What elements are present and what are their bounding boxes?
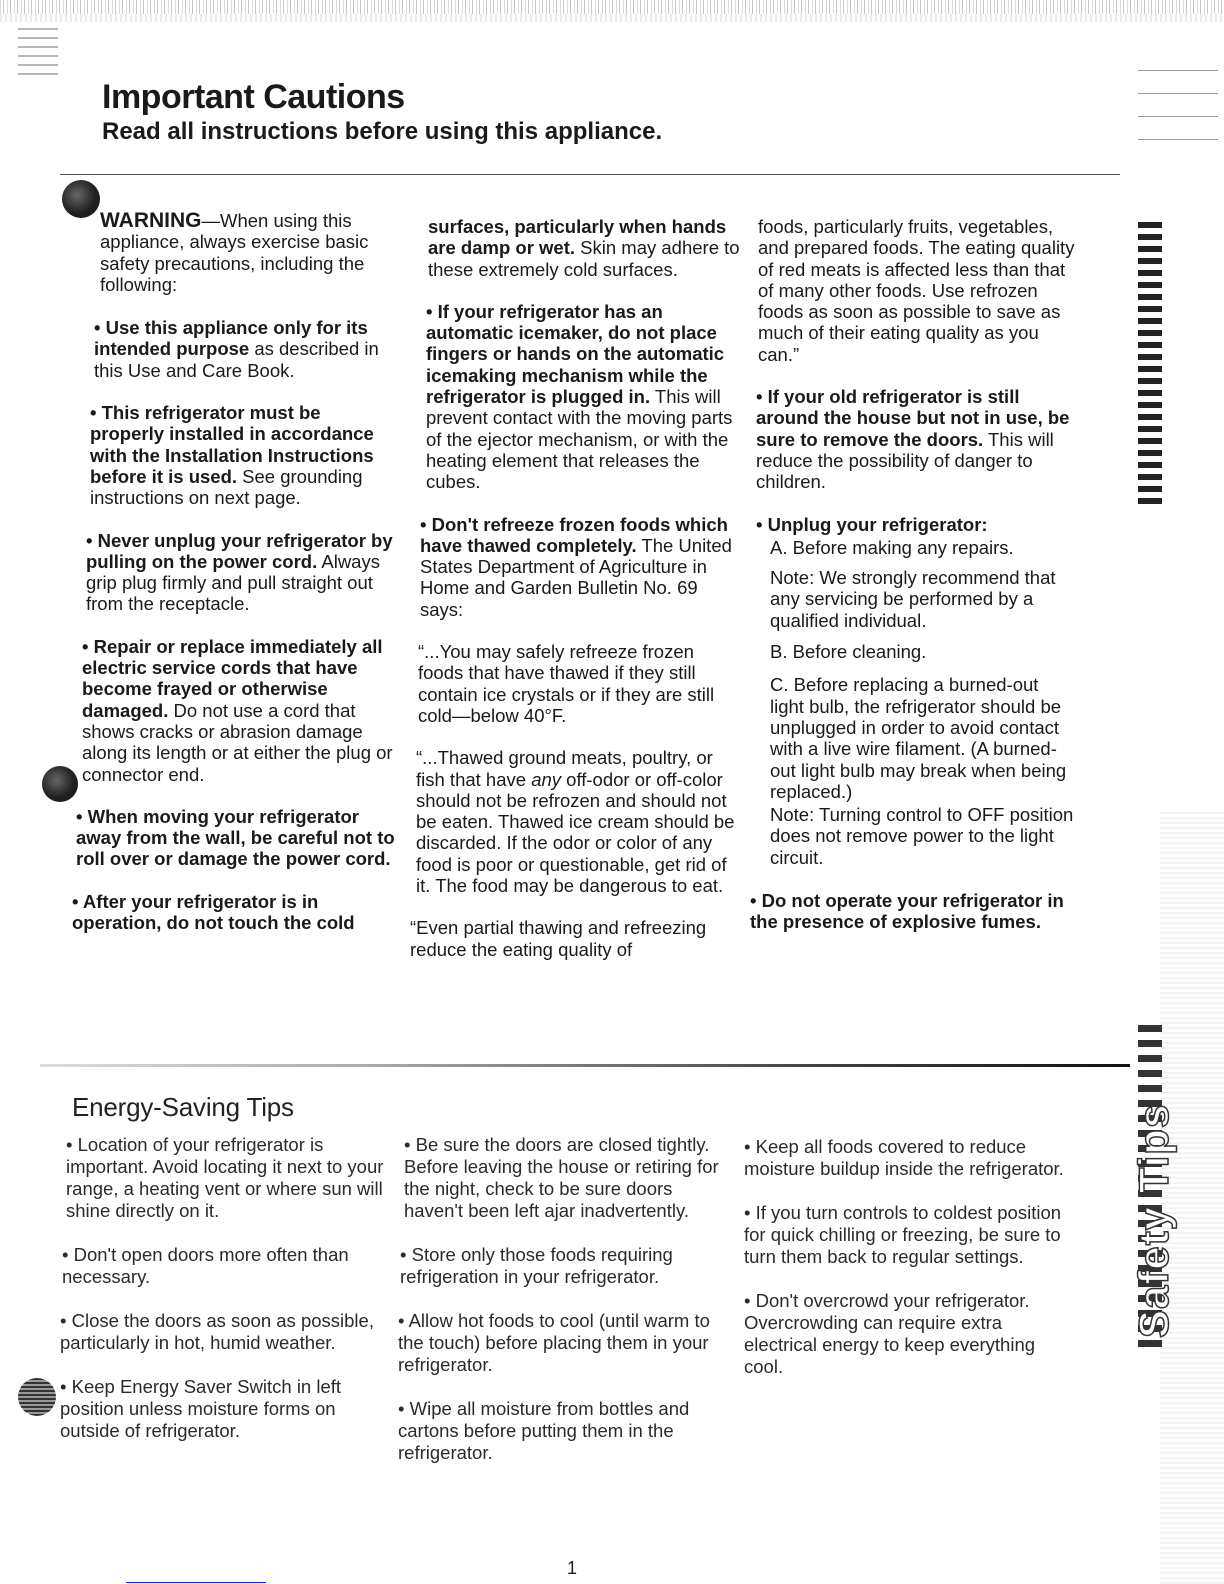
quote-paragraph: “...You may safely refreeze frozen foods…	[418, 641, 740, 726]
warning-paragraph: WARNING—When using this appliance, alway…	[100, 210, 397, 295]
cautions-column-2: surfaces, particularly when hands are da…	[410, 216, 740, 981]
warning-label: WARNING	[100, 209, 202, 232]
caution-item: • If your old refrigerator is still arou…	[756, 386, 1076, 492]
energy-column-3: • Keep all foods covered to reduce moist…	[744, 1136, 1074, 1400]
caution-item: • Repair or replace immediately all elec…	[82, 636, 397, 785]
index-bars	[1138, 222, 1162, 510]
energy-tip: • Store only those foods requiring refri…	[400, 1244, 728, 1288]
energy-section-title: Energy-Saving Tips	[72, 1092, 294, 1123]
caution-item: • If your refrigerator has an automatic …	[426, 301, 740, 493]
page-title: Important Cautions	[102, 78, 405, 117]
unplug-c: C. Before replacing a burned-out light b…	[770, 674, 1076, 802]
energy-tip: • Be sure the doors are closed tightly. …	[404, 1134, 728, 1222]
divider-top	[60, 174, 1120, 175]
energy-tip: • Close the doors as soon as possible, p…	[60, 1310, 390, 1354]
quote-continued: foods, particularly fruits, vegetables, …	[758, 216, 1076, 365]
side-tab-label: Safety Tips	[1130, 1104, 1178, 1338]
scan-noise-top	[0, 0, 1224, 14]
energy-column-2: • Be sure the doors are closed tightly. …	[398, 1134, 728, 1486]
scan-noise-top-2	[0, 14, 1224, 22]
section-marker-dot-icon	[18, 1378, 56, 1416]
energy-tip: • If you turn controls to coldest positi…	[744, 1202, 1074, 1268]
cautions-column-3: foods, particularly fruits, vegetables, …	[746, 216, 1076, 954]
page-subtitle: Read all instructions before using this …	[102, 118, 662, 146]
unplug-b: B. Before cleaning.	[770, 641, 1076, 662]
energy-tip: • Keep Energy Saver Switch in left posit…	[60, 1376, 390, 1442]
energy-column-1: • Location of your refrigerator is impor…	[60, 1134, 390, 1464]
caution-item: • Never unplug your refrigerator by pull…	[86, 530, 397, 615]
energy-tip: • Don't overcrowd your refrigerator. Ove…	[744, 1290, 1074, 1378]
caution-item: • Don't refreeze frozen foods which have…	[420, 514, 740, 620]
side-index-tab: Safety Tips	[1120, 210, 1224, 1584]
page-number: 1	[567, 1558, 577, 1579]
unplug-c-note: Note: Turning control to OFF position do…	[770, 804, 1076, 868]
energy-tip: • Allow hot foods to cool (until warm to…	[398, 1310, 728, 1376]
caution-item: • Use this appliance only for its intend…	[94, 317, 397, 381]
quote-paragraph: “...Thawed ground meats, poultry, or fis…	[416, 747, 740, 896]
energy-tip: • Don't open doors more often than neces…	[62, 1244, 390, 1288]
caution-item-continued: surfaces, particularly when hands are da…	[428, 216, 740, 280]
cautions-column-1: WARNING—When using this appliance, alway…	[72, 210, 397, 954]
energy-tip: • Keep all foods covered to reduce moist…	[744, 1136, 1074, 1180]
link-underline	[126, 1582, 266, 1583]
quote-paragraph: “Even partial thawing and refreezing red…	[410, 917, 740, 960]
caution-item: • Do not operate your refrigerator in th…	[750, 890, 1076, 933]
caution-item: • When moving your refrigerator away fro…	[76, 806, 397, 870]
divider-mid	[40, 1064, 1130, 1067]
energy-tip: • Location of your refrigerator is impor…	[66, 1134, 390, 1222]
unplug-a-note: Note: We strongly recommend that any ser…	[770, 567, 1076, 631]
caution-item: • This refrigerator must be properly ins…	[90, 402, 397, 508]
unplug-a: A. Before making any repairs.	[770, 537, 1076, 558]
margin-marks	[18, 28, 58, 82]
caution-item: • After your refrigerator is in operatio…	[72, 891, 397, 934]
unplug-heading: • Unplug your refrigerator:	[756, 514, 1076, 535]
energy-tip: • Wipe all moisture from bottles and car…	[398, 1398, 728, 1464]
